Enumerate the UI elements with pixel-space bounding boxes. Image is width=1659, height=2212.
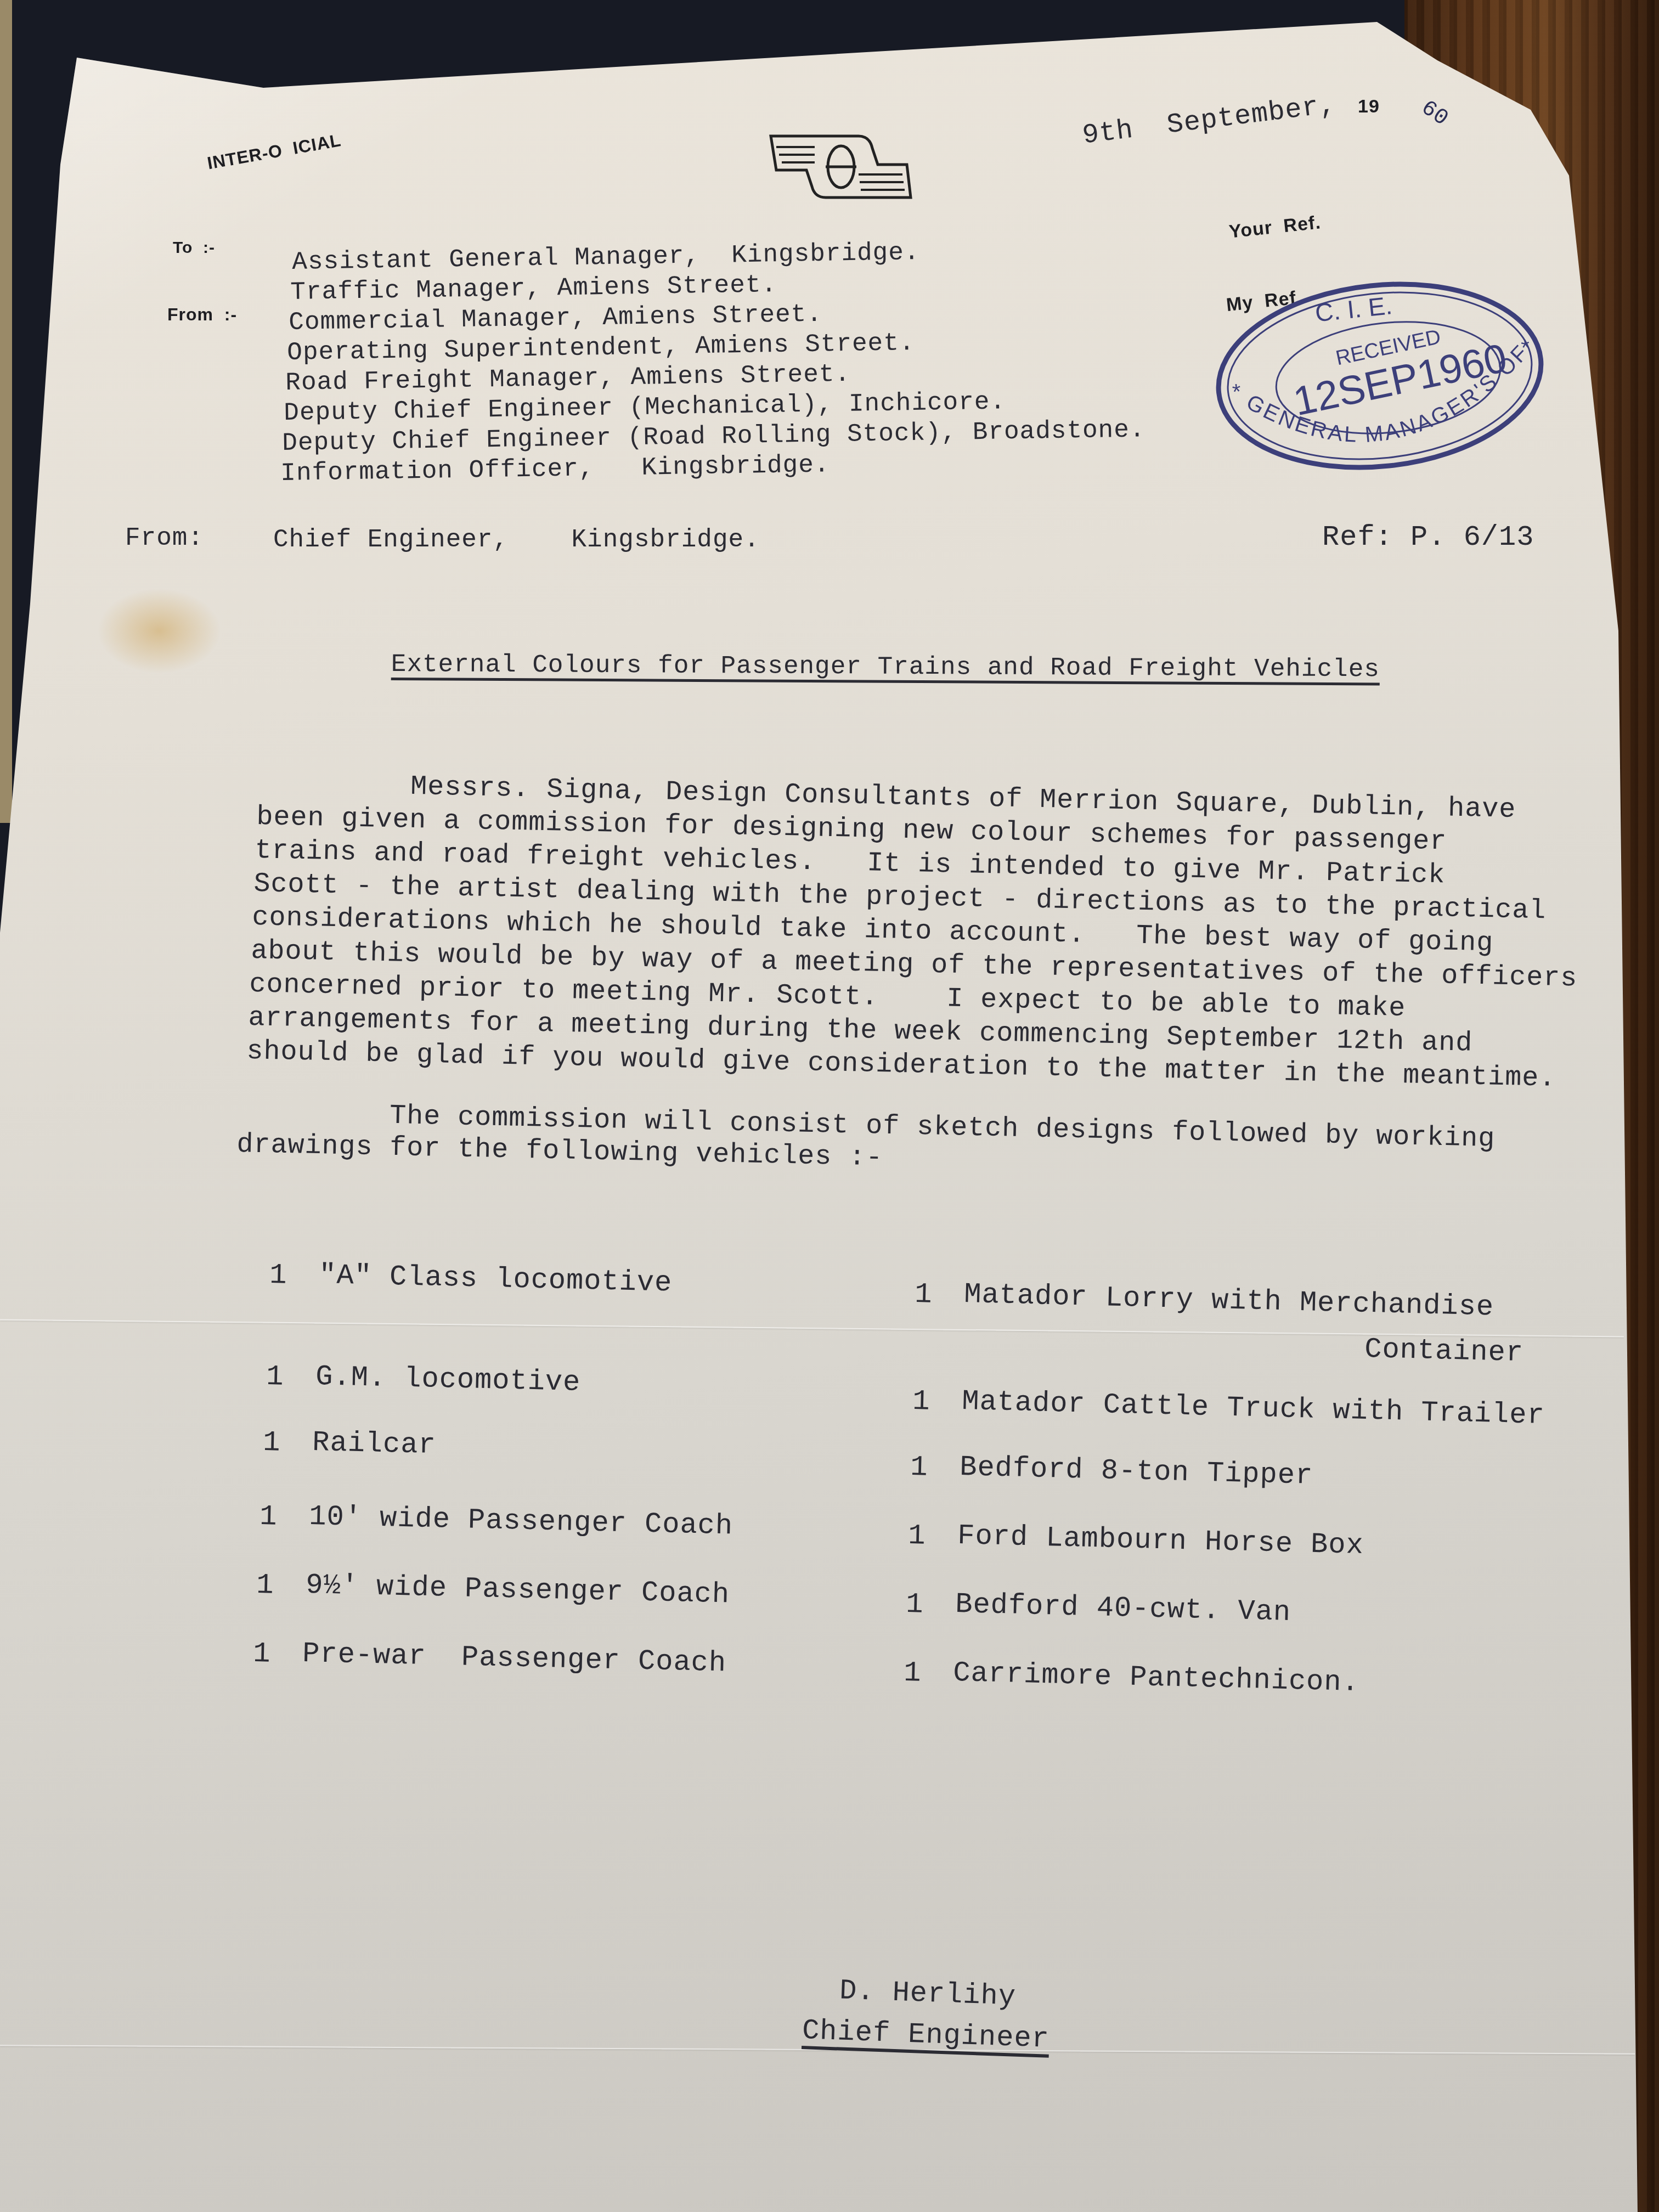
from-label: From: [125, 524, 204, 552]
vehicle-quantity: 1 [915, 1278, 933, 1311]
signatory-name: D. Herlihy [839, 1974, 1017, 2013]
stamp-star-icon: * [1231, 380, 1242, 404]
subject-heading: External Colours for Passenger Trains an… [391, 650, 1380, 684]
from-value: Chief Engineer, Kingsbridge. [273, 526, 760, 554]
vehicle-quantity: 1 [266, 1361, 285, 1393]
vehicle-quantity: 1 [256, 1569, 275, 1602]
vehicle-quantity: 1 [269, 1259, 288, 1292]
from-label-printed: From :- [167, 304, 237, 325]
vehicle-quantity: 1 [904, 1657, 922, 1690]
vehicle-quantity: 1 [908, 1520, 927, 1553]
vehicle-quantity: 1 [910, 1451, 929, 1484]
cie-winged-wheel-logo-icon [760, 132, 913, 203]
vehicle-name: G.M. locomotive [315, 1361, 581, 1399]
date-century: 19 [1358, 96, 1380, 117]
vehicle-quantity: 1 [263, 1426, 281, 1459]
vehicle-name-continuation: Container [1364, 1333, 1524, 1369]
received-stamp: C. I. E. RECEIVED 12SEP1960 * * GENERAL … [1200, 257, 1559, 495]
folder-edge [0, 0, 12, 823]
reference-number: Ref: P. 6/13 [1322, 521, 1534, 554]
vehicle-quantity: 1 [259, 1500, 278, 1533]
vehicle-name: Railcar [312, 1426, 437, 1462]
vehicle-quantity: 1 [253, 1638, 272, 1671]
vehicle-quantity: 1 [912, 1385, 931, 1418]
to-label: To :- [173, 239, 215, 257]
vehicle-quantity: 1 [906, 1588, 924, 1621]
